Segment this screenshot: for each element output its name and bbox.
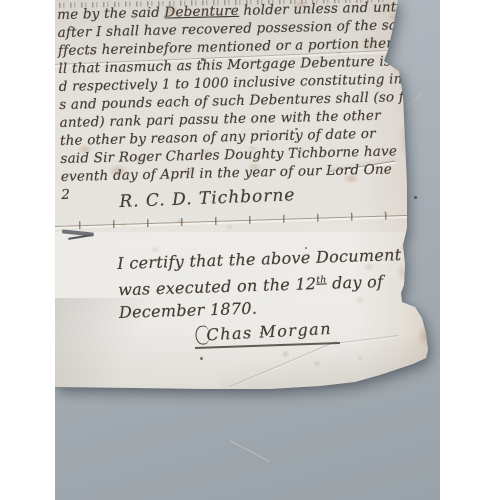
stain bbox=[281, 350, 290, 358]
table-surface: me by the said Debenture holder unless a… bbox=[55, 0, 440, 500]
staple-fragment bbox=[62, 229, 94, 235]
paper-shadow-wrap: me by the said Debenture holder unless a… bbox=[55, 0, 440, 500]
certification-text: I certify that the above Document was ex… bbox=[117, 243, 403, 324]
stain bbox=[417, 325, 435, 347]
bottom-crease bbox=[333, 335, 399, 344]
stain bbox=[357, 355, 364, 361]
photo-of-document: me by the said Debenture holder unless a… bbox=[0, 0, 500, 500]
stain bbox=[313, 360, 321, 367]
bottom-crease bbox=[230, 341, 337, 387]
witness-signature: Chas Morgan bbox=[195, 319, 332, 345]
stain bbox=[120, 222, 128, 228]
stain bbox=[175, 218, 185, 225]
staple-fragment bbox=[68, 234, 92, 240]
document-paper: me by the said Debenture holder unless a… bbox=[55, 0, 440, 500]
stain bbox=[225, 224, 234, 230]
handwritten-body: me by the said Debenture holder unless a… bbox=[57, 0, 437, 204]
ink-speck bbox=[200, 357, 203, 360]
stain bbox=[400, 240, 416, 254]
